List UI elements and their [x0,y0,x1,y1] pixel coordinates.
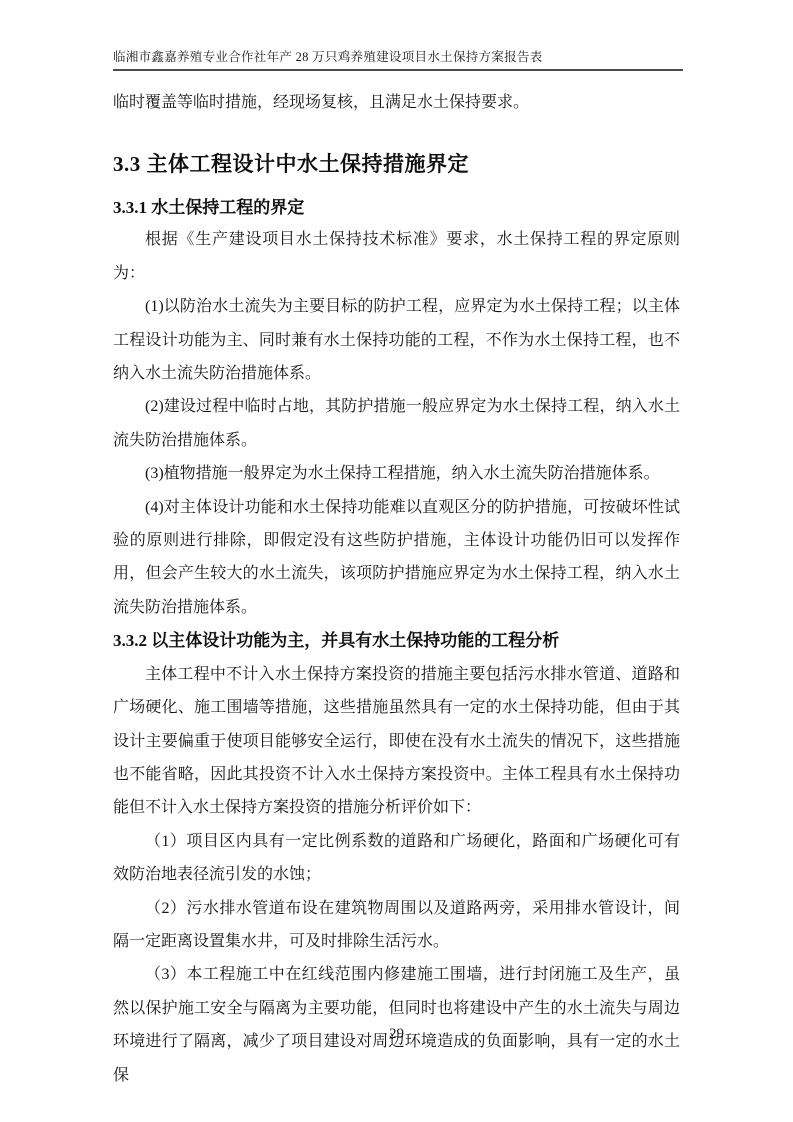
header-title: 临湘市鑫嘉养殖专业合作社年产 28 万只鸡养殖建设项目水土保持方案报告表 [113,49,683,65]
paragraph: 主体工程中不计入水土保持方案投资的措施主要包括污水排水管道、道路和广场硬化、施工… [113,658,680,825]
document-page: 临湘市鑫嘉养殖专业合作社年产 28 万只鸡养殖建设项目水土保持方案报告表 临时覆… [0,0,793,1122]
paragraph: 根据《生产建设项目水土保持技术标准》要求，水土保持工程的界定原则为： [113,223,680,290]
paragraph: (4)对主体设计功能和水土保持功能难以直观区分的防护措施，可按破坏性试验的原则进… [113,491,680,625]
section-heading-3-3: 3.3 主体工程设计中水土保持措施界定 [113,148,680,180]
paragraph-continuation: 临时覆盖等临时措施，经现场复核，且满足水土保持要求。 [113,86,680,119]
page-header: 临湘市鑫嘉养殖专业合作社年产 28 万只鸡养殖建设项目水土保持方案报告表 [113,49,683,71]
paragraph: （2）污水排水管道布设在建筑物周围以及道路两旁，采用排水管设计，间隔一定距离设置… [113,892,680,959]
paragraph: (2)建设过程中临时占地，其防护措施一般应界定为水土保持工程，纳入水土流失防治措… [113,390,680,457]
paragraph: （1）项目区内具有一定比例系数的道路和广场硬化，路面和广场硬化可有效防治地表径流… [113,825,680,892]
section-heading-3-3-1: 3.3.1 水土保持工程的界定 [113,193,680,223]
paragraph: (1)以防治水土流失为主要目标的防护工程，应界定为水土保持工程；以主体工程设计功… [113,290,680,390]
document-body: 临时覆盖等临时措施，经现场复核，且满足水土保持要求。 3.3 主体工程设计中水土… [113,86,680,1092]
section-heading-3-3-2: 3.3.2 以主体设计功能为主，并具有水土保持功能的工程分析 [113,624,680,657]
page-number: 29 [0,1024,793,1044]
paragraph: (3)植物措施一般界定为水土保持工程措施，纳入水土流失防治措施体系。 [113,457,680,490]
